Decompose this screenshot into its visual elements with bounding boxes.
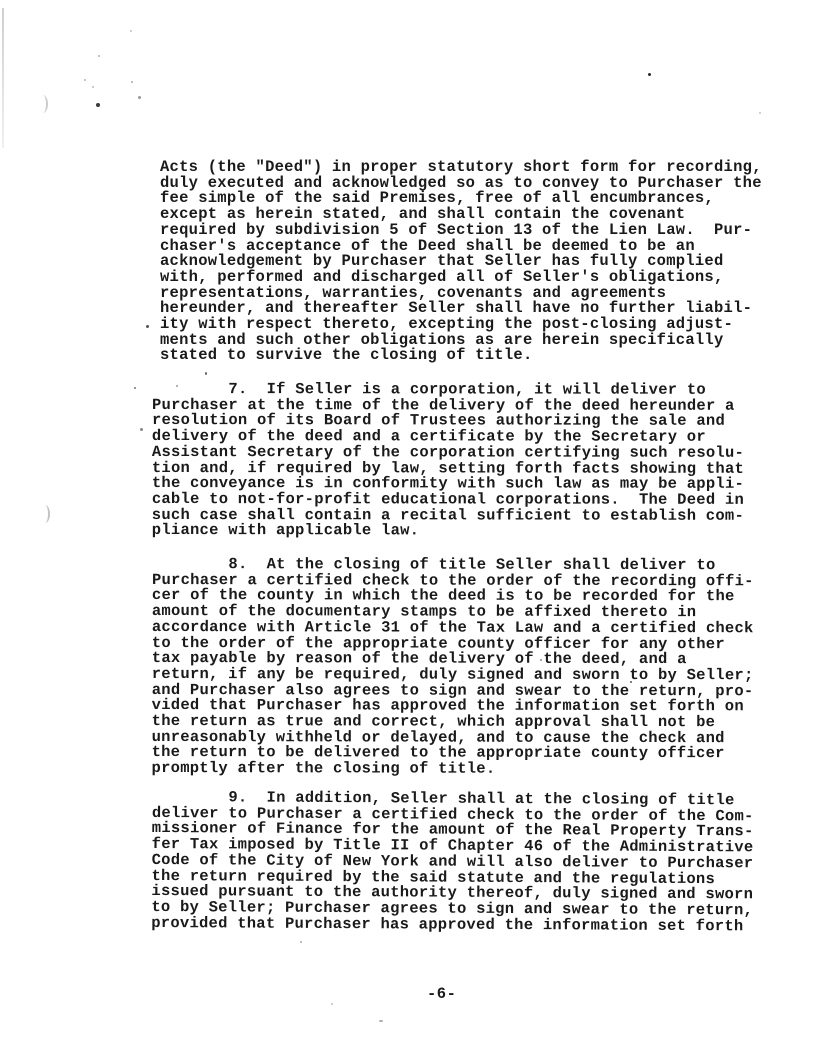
page-number: -6-	[427, 985, 456, 1003]
scan-speckle	[146, 325, 149, 328]
paragraph-clause-8: 8. At the closing of title Seller shall …	[152, 557, 754, 778]
scan-speckle	[379, 1020, 383, 1022]
scan-speckle	[140, 428, 143, 431]
scan-speckle	[130, 30, 132, 32]
scan-speckle	[331, 1003, 333, 1005]
paragraph-continuation: Acts (the "Deed") in proper statutory sh…	[160, 160, 762, 364]
paragraph-clause-7: 7. If Seller is a corporation, it will d…	[152, 382, 744, 540]
scan-arc-artifact	[40, 505, 50, 523]
scan-speckle	[138, 96, 141, 99]
scan-speckle	[131, 81, 133, 83]
scan-arc-artifact	[38, 95, 48, 113]
paragraph-clause-9: 9. In addition, Seller shall at the clos…	[151, 790, 754, 935]
scan-speckle	[134, 387, 136, 389]
scan-edge-artifact	[2, 8, 4, 148]
scan-speckle	[300, 941, 302, 943]
scan-speckle	[205, 372, 207, 375]
scanned-document-page: Acts (the "Deed") in proper statutory sh…	[0, 0, 816, 1056]
scan-speckle	[96, 103, 100, 107]
scan-speckle	[84, 79, 86, 81]
scan-speckle	[648, 73, 651, 76]
scan-speckle	[759, 112, 761, 114]
scan-speckle	[92, 86, 94, 88]
scan-speckle	[98, 55, 100, 57]
